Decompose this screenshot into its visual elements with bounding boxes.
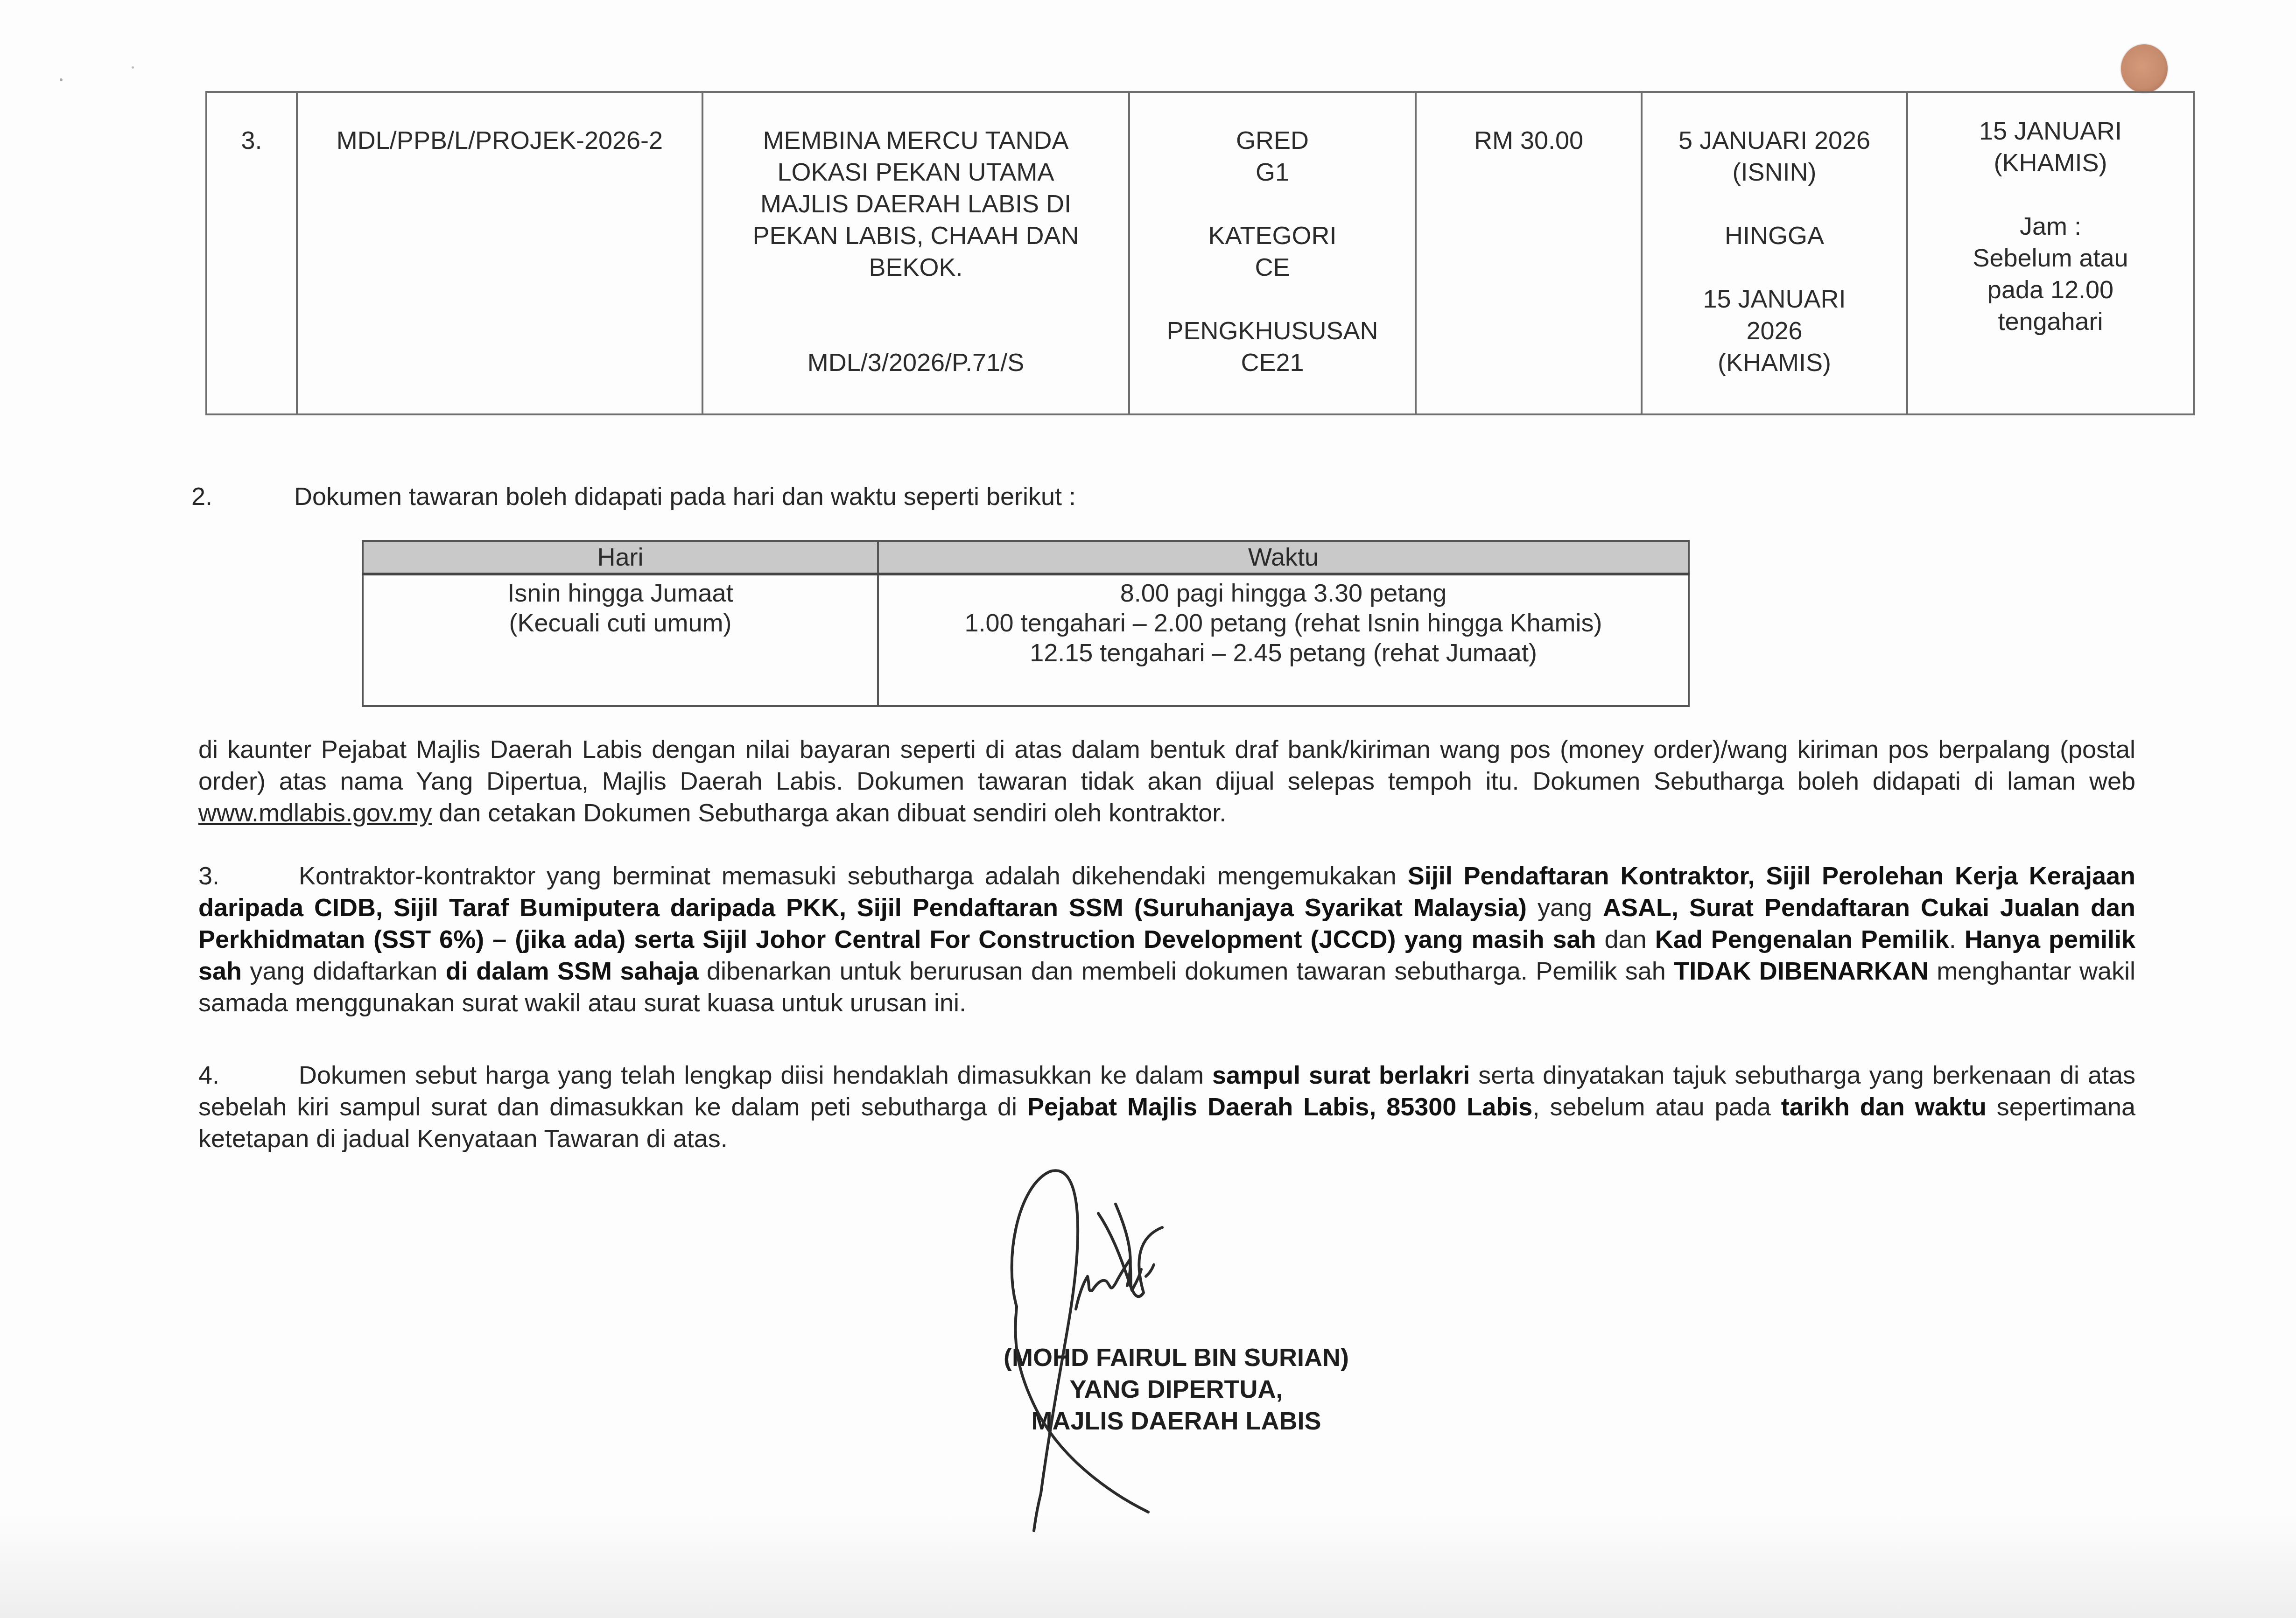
scan-speck [132,66,134,69]
header-time: Waktu [878,541,1689,574]
cell-sale-period: 5 JANUARI 2026 (ISNIN) HINGGA 15 JANUARI… [1642,92,1907,414]
cell-times: 8.00 pagi hingga 3.30 petang 1.00 tengah… [878,574,1689,706]
table-header-row: Hari Waktu [363,541,1689,574]
punch-hole-mark [2121,44,2168,93]
cell-closing: 15 JANUARI (KHAMIS) Jam : Sebelum atau p… [1907,92,2194,414]
header-day: Hari [363,541,878,574]
section-3-requirements: 3.Kontraktor-kontraktor yang berminat me… [198,860,2135,1019]
cell-grade: GRED G1 KATEGORI CE PENGKHUSUSAN CE21 [1129,92,1416,414]
table-row: 3. MDL/PPB/L/PROJEK-2026-2 MEMBINA MERCU… [206,92,2194,414]
cell-reference: MDL/PPB/L/PROJEK-2026-2 [297,92,702,414]
section-2-intro: 2.Dokumen tawaran boleh didapati pada ha… [191,481,2128,512]
file-reference: MDL/3/2026/P.71/S [708,347,1123,378]
table-row: Isnin hingga Jumaat (Kecuali cuti umum) … [363,574,1689,706]
handwritten-signature [934,1167,1447,1540]
cell-days: Isnin hingga Jumaat (Kecuali cuti umum) [363,574,878,706]
office-hours-table: Hari Waktu Isnin hingga Jumaat (Kecuali … [362,540,1690,707]
cell-number: 3. [206,92,297,414]
scan-speck [60,78,63,81]
tender-table: 3. MDL/PPB/L/PROJEK-2026-2 MEMBINA MERCU… [205,91,2195,415]
cell-price: RM 30.00 [1416,92,1642,414]
section-4-submission: 4.Dokumen sebut harga yang telah lengkap… [198,1059,2135,1155]
cell-title: MEMBINA MERCU TANDA LOKASI PEKAN UTAMA M… [702,92,1129,414]
section-2-payment-text: di kaunter Pejabat Majlis Daerah Labis d… [198,734,2135,829]
website-link[interactable]: www.mdlabis.gov.my [198,799,432,827]
